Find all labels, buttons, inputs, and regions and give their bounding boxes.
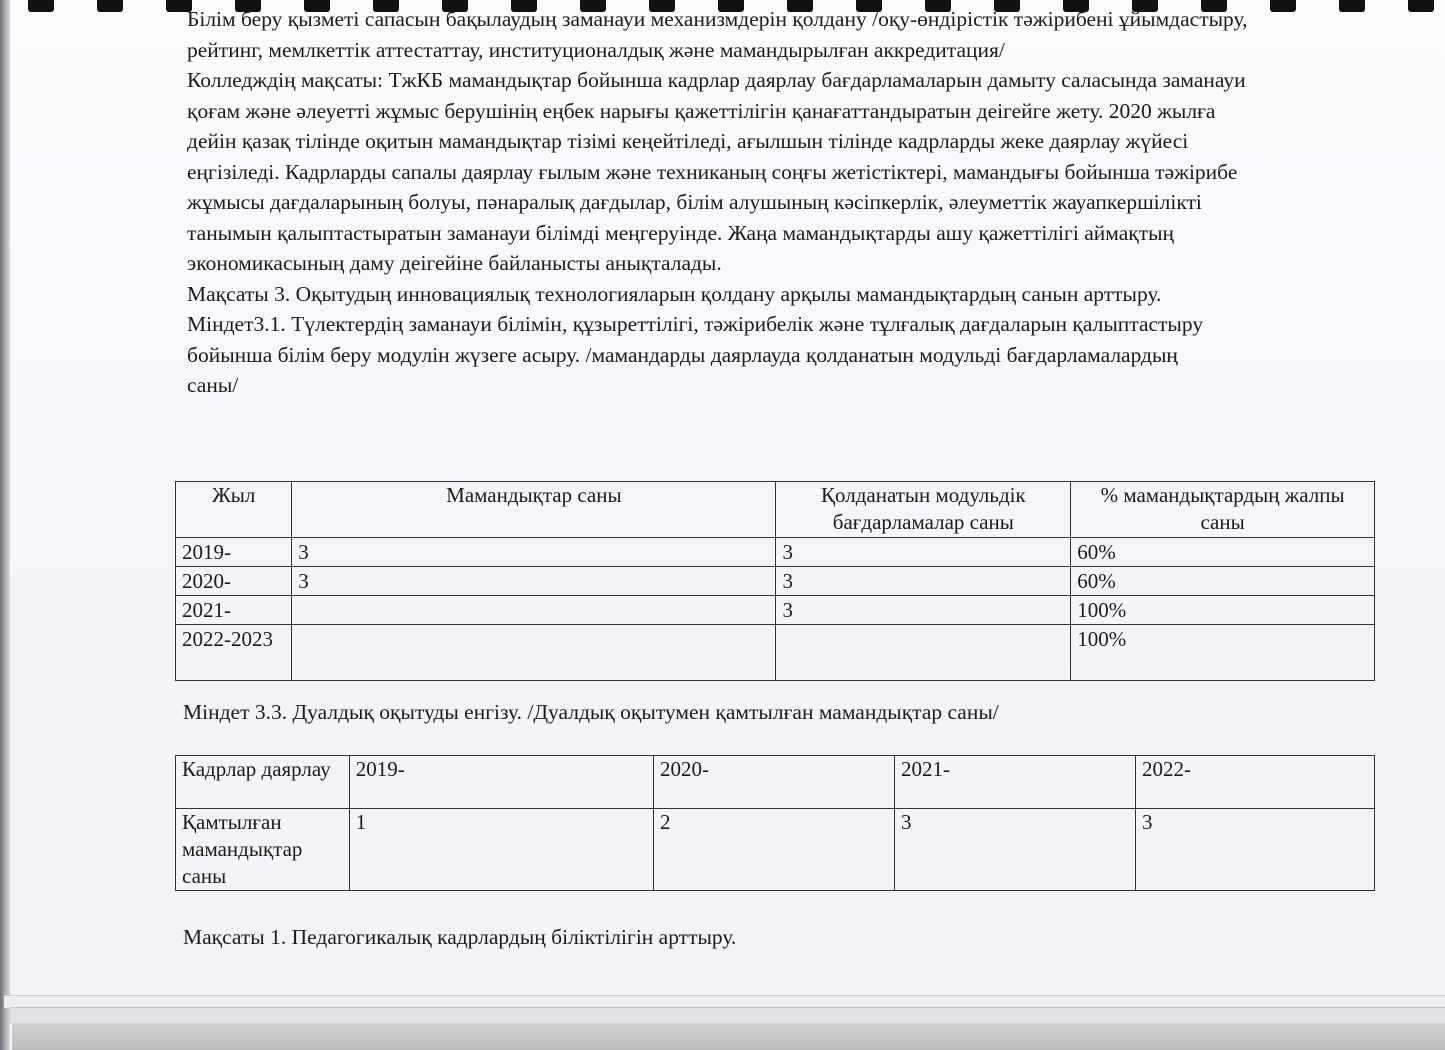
dual-training-table: Кадрлар даярлау 2019- 2020- 2021- 2022- … bbox=[175, 755, 1375, 891]
table-row: 2022-2023 100% bbox=[176, 625, 1375, 681]
college-goal-line: Колледждің мақсаты: ТжКБ мамандықтар бой… bbox=[187, 65, 1377, 96]
text-line: жұмысы дағдаларының болуы, пәнаралық дағ… bbox=[187, 187, 1377, 218]
table-row: Қамтылған мамандықтар саны 1 2 3 3 bbox=[176, 809, 1375, 891]
table-row: 2019- 3 3 60% bbox=[176, 538, 1375, 567]
header-cell-modular-programs: Қолданатын модульдік бағдарламалар саны bbox=[776, 482, 1071, 538]
table-cell: 2022-2023 bbox=[176, 625, 292, 681]
table-cell: 3 bbox=[292, 538, 776, 567]
table-cell bbox=[292, 596, 776, 625]
text-line: саны/ bbox=[187, 370, 1377, 401]
table-cell: 3 bbox=[1135, 809, 1374, 891]
text-line: еңгізіледі. Кадрларды сапалы даярлау ғыл… bbox=[187, 157, 1377, 188]
table-cell: 60% bbox=[1071, 538, 1375, 567]
table-cell: 3 bbox=[894, 809, 1135, 891]
table-cell: 2021- bbox=[176, 596, 292, 625]
header-cell-year: Жыл bbox=[176, 482, 292, 538]
table-cell: 2020- bbox=[653, 756, 894, 809]
underlying-pages bbox=[0, 995, 1445, 1050]
text-line: рейтинг, мемлкеттік аттестаттау, институ… bbox=[187, 35, 1377, 66]
table-cell: 100% bbox=[1071, 625, 1375, 681]
header-cell-percent: % мамандықтардың жалпы саны bbox=[1071, 482, 1375, 538]
table-cell: 100% bbox=[1071, 596, 1375, 625]
table-cell: 2019- bbox=[349, 756, 653, 809]
text-line: қоғам және әлеуетті жұмыс берушінің еңбе… bbox=[187, 96, 1377, 127]
page-left-edge bbox=[0, 0, 10, 1050]
table-cell bbox=[776, 625, 1071, 681]
table-header-row: Жыл Мамандықтар саны Қолданатын модульді… bbox=[176, 482, 1375, 538]
table-cell: 3 bbox=[776, 567, 1071, 596]
table-cell: Қамтылған мамандықтар саны bbox=[176, 809, 350, 891]
table-cell: 3 bbox=[292, 567, 776, 596]
text-line: Білім беру қызметі сапасын бақылаудың за… bbox=[187, 4, 1377, 35]
goal-1-heading: Мақсаты 1. Педагогикалық кадрлардың білі… bbox=[183, 925, 736, 950]
table-cell: 2022- bbox=[1135, 756, 1374, 809]
table-cell: 3 bbox=[776, 538, 1071, 567]
task-3-3-heading: Міндет 3.3. Дуалдық оқытуды енгізу. /Дуа… bbox=[183, 700, 999, 725]
table-row: 2021- 3 100% bbox=[176, 596, 1375, 625]
header-cell-specialties: Мамандықтар саны bbox=[292, 482, 776, 538]
table-cell: 2019- bbox=[176, 538, 292, 567]
binding-hole bbox=[28, 0, 54, 12]
text-line: экономикасының даму деігейіне байланысты… bbox=[187, 248, 1377, 279]
page-edge bbox=[10, 1007, 1445, 1024]
page-edge bbox=[12, 1023, 1445, 1050]
goal-3-heading: Мақсаты 3. Оқытудың инновациялық техноло… bbox=[187, 279, 1377, 310]
table-cell: 2020- bbox=[176, 567, 292, 596]
table-cell: 60% bbox=[1071, 567, 1375, 596]
table-cell: 2 bbox=[653, 809, 894, 891]
table-cell: Кадрлар даярлау bbox=[176, 756, 350, 809]
table-cell: 2021- bbox=[894, 756, 1135, 809]
binding-hole bbox=[97, 0, 123, 12]
text-line: танымын қалыптастыратын заманауи білімді… bbox=[187, 218, 1377, 249]
modular-programs-table: Жыл Мамандықтар саны Қолданатын модульді… bbox=[175, 481, 1375, 681]
table-cell: 1 bbox=[349, 809, 653, 891]
document-body-text: Білім беру қызметі сапасын бақылаудың за… bbox=[187, 4, 1377, 401]
table-cell bbox=[292, 625, 776, 681]
task-3-1-line: Міндет3.1. Түлектердің заманауи білімін,… bbox=[187, 309, 1377, 340]
table-row: 2020- 3 3 60% bbox=[176, 567, 1375, 596]
text-line: бойынша білім беру модулін жүзеге асыру.… bbox=[187, 340, 1377, 371]
table-row: Кадрлар даярлау 2019- 2020- 2021- 2022- bbox=[176, 756, 1375, 809]
binding-hole bbox=[1408, 0, 1434, 12]
table-cell: 3 bbox=[776, 596, 1071, 625]
text-line: дейін қазақ тілінде оқитын мамандықтар т… bbox=[187, 126, 1377, 157]
